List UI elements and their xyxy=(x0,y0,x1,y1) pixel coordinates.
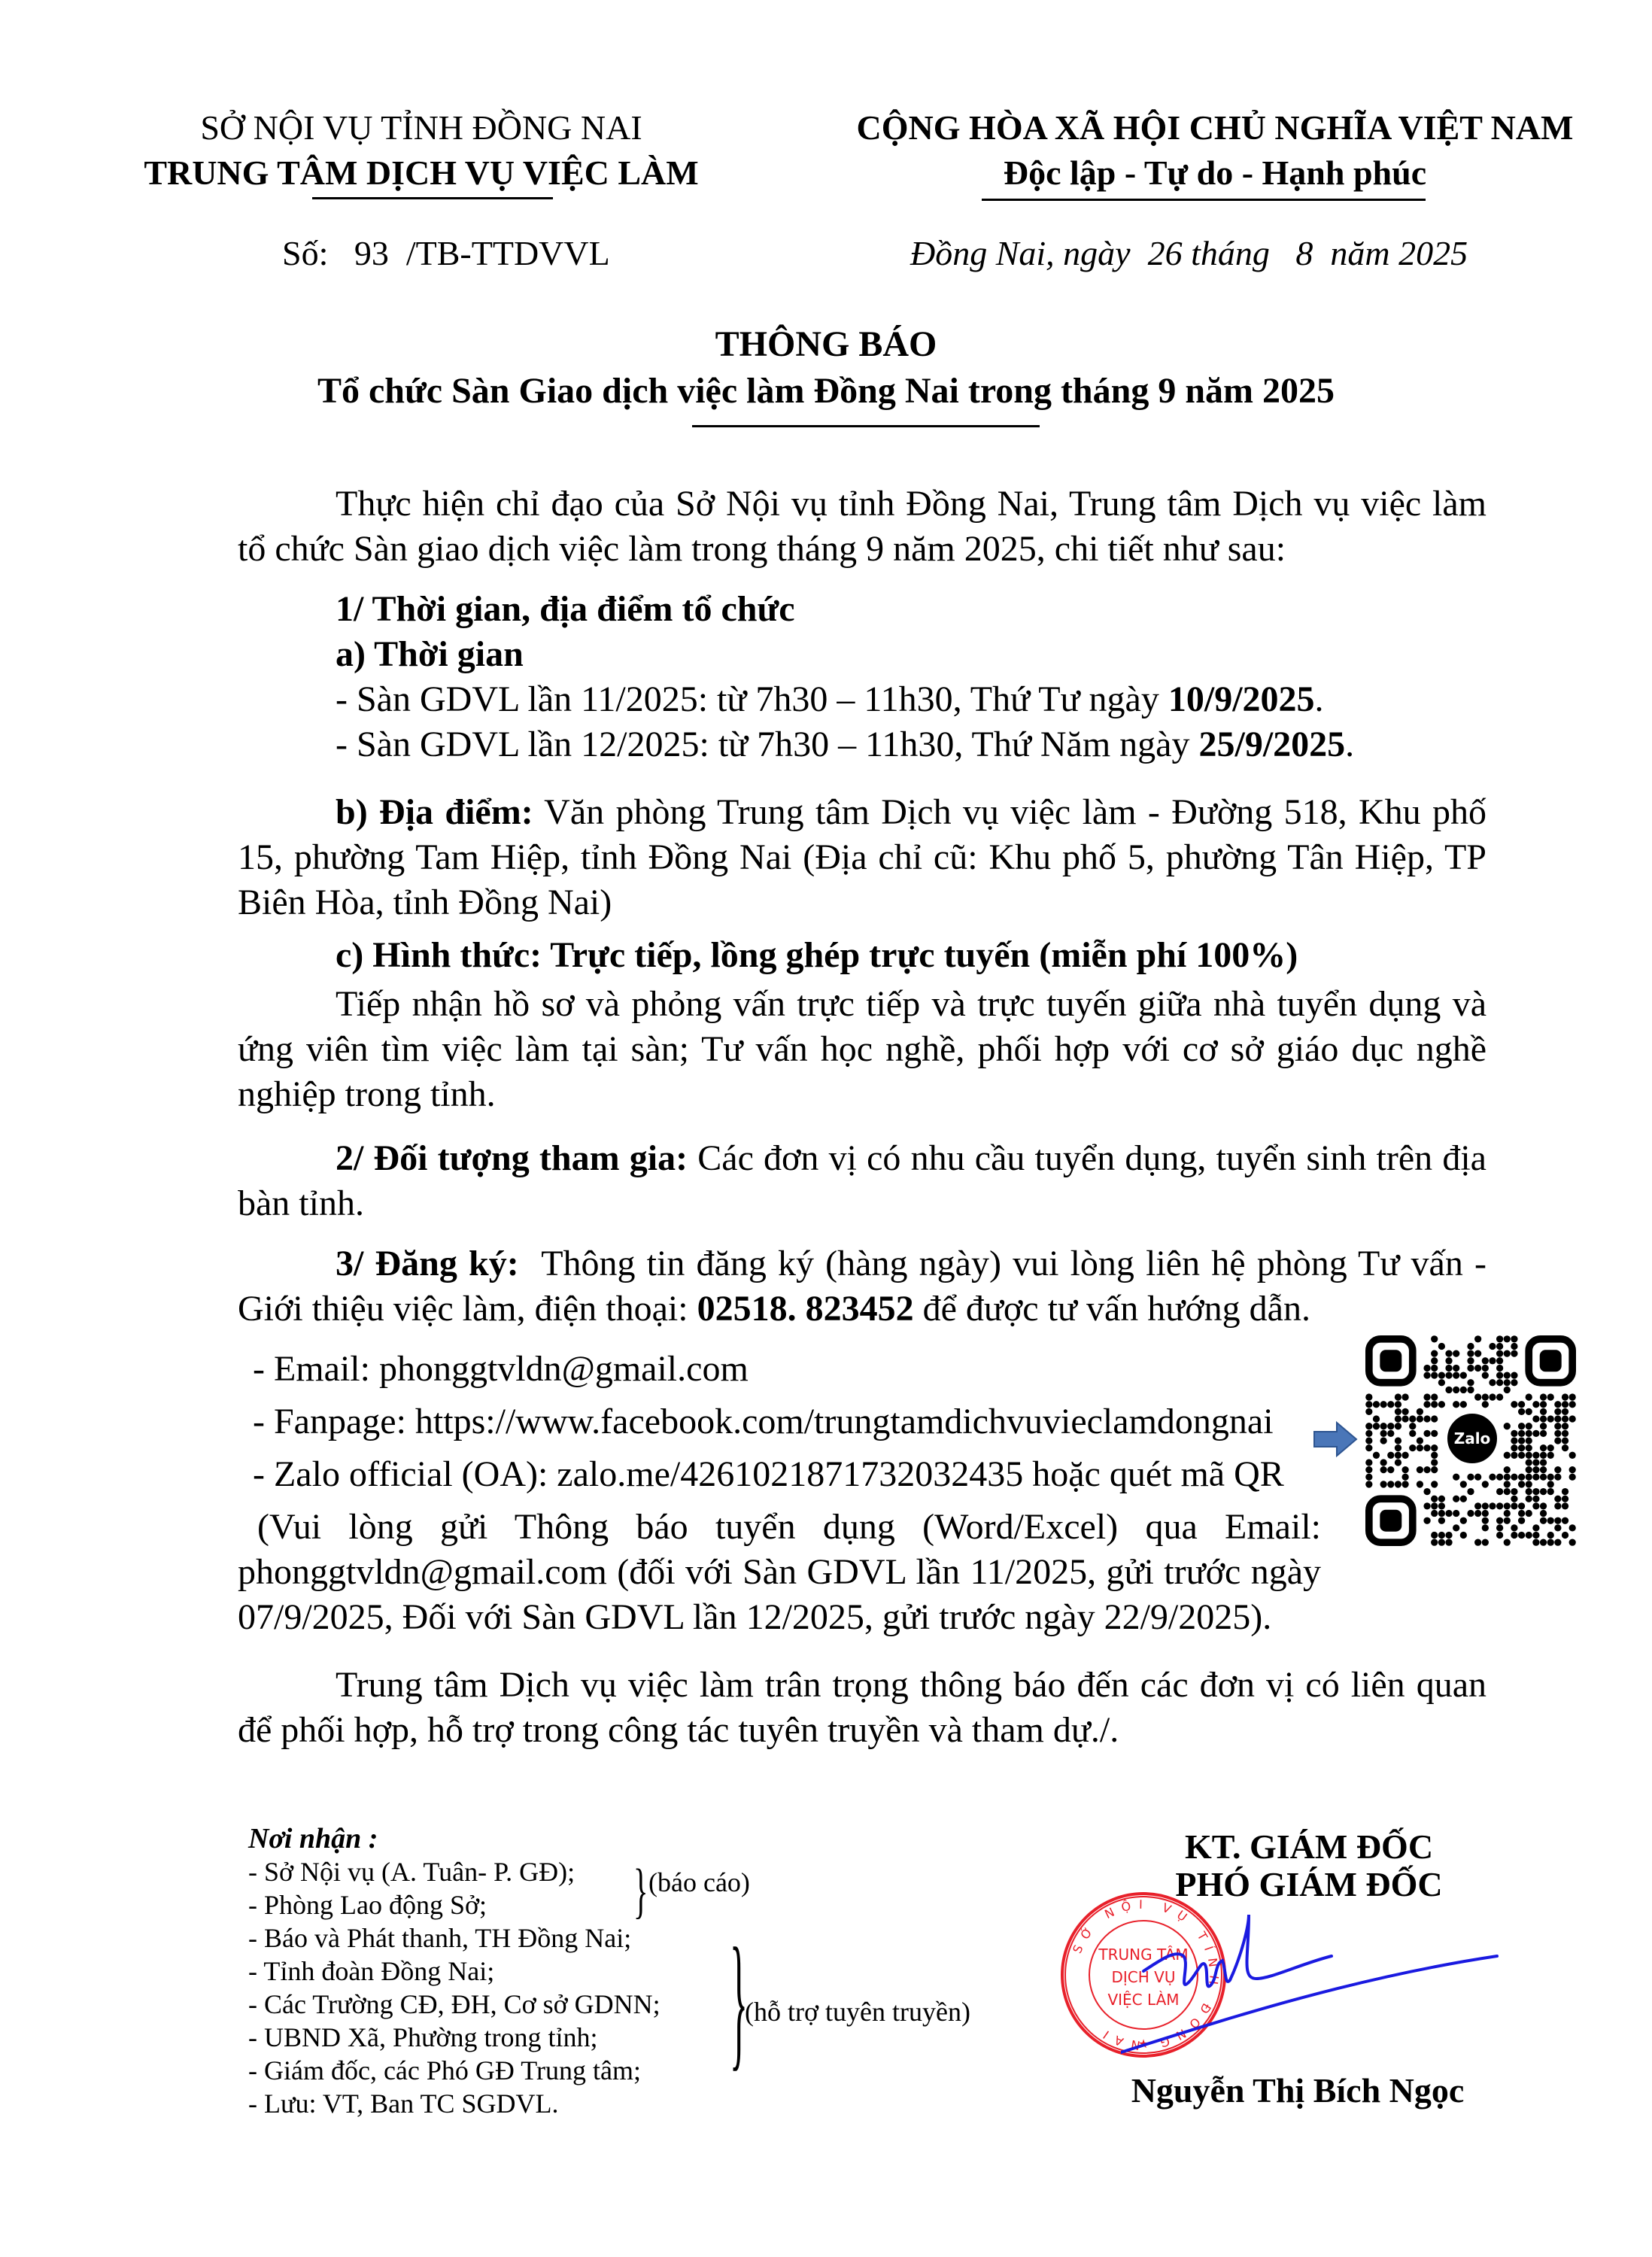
location-paragraph: b) Địa điểm: Văn phòng Trung tâm Dịch vụ… xyxy=(238,790,1486,925)
recipient-item: - Tỉnh đoàn Đồng Nai; xyxy=(248,1955,494,1988)
agency-block: SỞ NỘI VỤ TỈNH ĐỒNG NAI TRUNG TÂM DỊCH V… xyxy=(113,105,730,196)
session-11-date: 10/9/2025 xyxy=(1168,679,1315,719)
recipient-item: - Sở Nội vụ (A. Tuân- P. GĐ); xyxy=(248,1855,575,1888)
phone-number: 02518. 823452 xyxy=(697,1289,914,1329)
format-heading: c) Hình thức: Trực tiếp, lồng ghép trực … xyxy=(336,933,1298,978)
group1-note: (báo cáo) xyxy=(648,1866,750,1899)
title-underline xyxy=(692,425,1040,427)
recipient-item: - Lưu: VT, Ban TC SGDVL. xyxy=(248,2087,559,2120)
arrow-right-icon xyxy=(1313,1420,1358,1458)
handwritten-signature xyxy=(1121,1911,1542,2061)
participants-paragraph: 2/ Đối tượng tham gia: Các đơn vị có nhu… xyxy=(238,1136,1486,1226)
format-paragraph: Tiếp nhận hồ sơ và phỏng vấn trực tiếp v… xyxy=(238,982,1486,1117)
motto-underline xyxy=(982,199,1426,201)
parent-agency: SỞ NỘI VỤ TỈNH ĐỒNG NAI xyxy=(113,105,730,150)
zalo-qr-code[interactable]: Zalo xyxy=(1365,1335,1576,1546)
recipient-item: - Giám đốc, các Phó GĐ Trung tâm; xyxy=(248,2054,641,2087)
participants-label: 2/ Đối tượng tham gia: xyxy=(336,1138,688,1178)
country-name: CỘNG HÒA XÃ HỘI CHỦ NGHĨA VIỆT NAM xyxy=(812,105,1617,150)
zalo-logo: Zalo xyxy=(1444,1411,1500,1466)
recipient-item: - Các Trường CĐ, ĐH, Cơ sở GDNN; xyxy=(248,1988,660,2021)
doc-subtitle: Tổ chức Sàn Giao dịch việc làm Đồng Nai … xyxy=(0,370,1652,412)
recipients-heading: Nơi nhận : xyxy=(248,1822,378,1855)
recipient-item: - Báo và Phát thanh, TH Đồng Nai; xyxy=(248,1921,631,1955)
session-12-date: 25/9/2025 xyxy=(1198,724,1345,764)
doc-title: THÔNG BÁO xyxy=(0,324,1652,365)
closing-paragraph: Trung tâm Dịch vụ việc làm trân trọng th… xyxy=(238,1663,1486,1753)
signer-name: Nguyễn Thị Bích Ngọc xyxy=(1053,2070,1542,2110)
national-motto: Độc lập - Tự do - Hạnh phúc xyxy=(812,150,1617,196)
session-12: - Sàn GDVL lần 12/2025: từ 7h30 – 11h30,… xyxy=(336,722,1354,767)
brace-group-1: } xyxy=(633,1860,648,1921)
recipient-item: - Phòng Lao động Sở; xyxy=(248,1888,487,1921)
national-header: CỘNG HÒA XÃ HỘI CHỦ NGHĨA VIỆT NAM Độc l… xyxy=(812,105,1617,196)
time-heading: a) Thời gian xyxy=(336,632,524,677)
registration-label: 3/ Đăng ký: xyxy=(336,1244,519,1283)
session-11: - Sàn GDVL lần 11/2025: từ 7h30 – 11h30,… xyxy=(336,677,1324,722)
place-date: Đồng Nai, ngày 26 tháng 8 năm 2025 xyxy=(910,233,1468,273)
fanpage-line[interactable]: - Fanpage: https://www.facebook.com/trun… xyxy=(253,1399,1274,1444)
location-label: b) Địa điểm: xyxy=(336,792,533,832)
recipient-item: - UBND Xã, Phường trong tỉnh; xyxy=(248,2021,598,2054)
signer-title-1: KT. GIÁM ĐỐC xyxy=(1083,1827,1535,1867)
intro-paragraph: Thực hiện chỉ đạo của Sở Nội vụ tỉnh Đồn… xyxy=(238,481,1486,572)
zalo-line[interactable]: - Zalo official (OA): zalo.me/4261021871… xyxy=(253,1452,1284,1497)
group2-note: (hỗ trợ tuyên truyền) xyxy=(745,1995,970,2028)
submission-note: (Vui lòng gửi Thông báo tuyển dụng (Word… xyxy=(238,1505,1321,1640)
email-line[interactable]: - Email: phonggtvldn@gmail.com xyxy=(253,1347,749,1392)
doc-number: Số: 93 /TB-TTDVVL xyxy=(282,233,610,273)
section1-heading: 1/ Thời gian, địa điểm tổ chức xyxy=(336,587,795,632)
registration-paragraph: 3/ Đăng ký: Thông tin đăng ký (hàng ngày… xyxy=(238,1241,1486,1332)
agency-name: TRUNG TÂM DỊCH VỤ VIỆC LÀM xyxy=(113,150,730,196)
agency-underline xyxy=(312,197,553,199)
